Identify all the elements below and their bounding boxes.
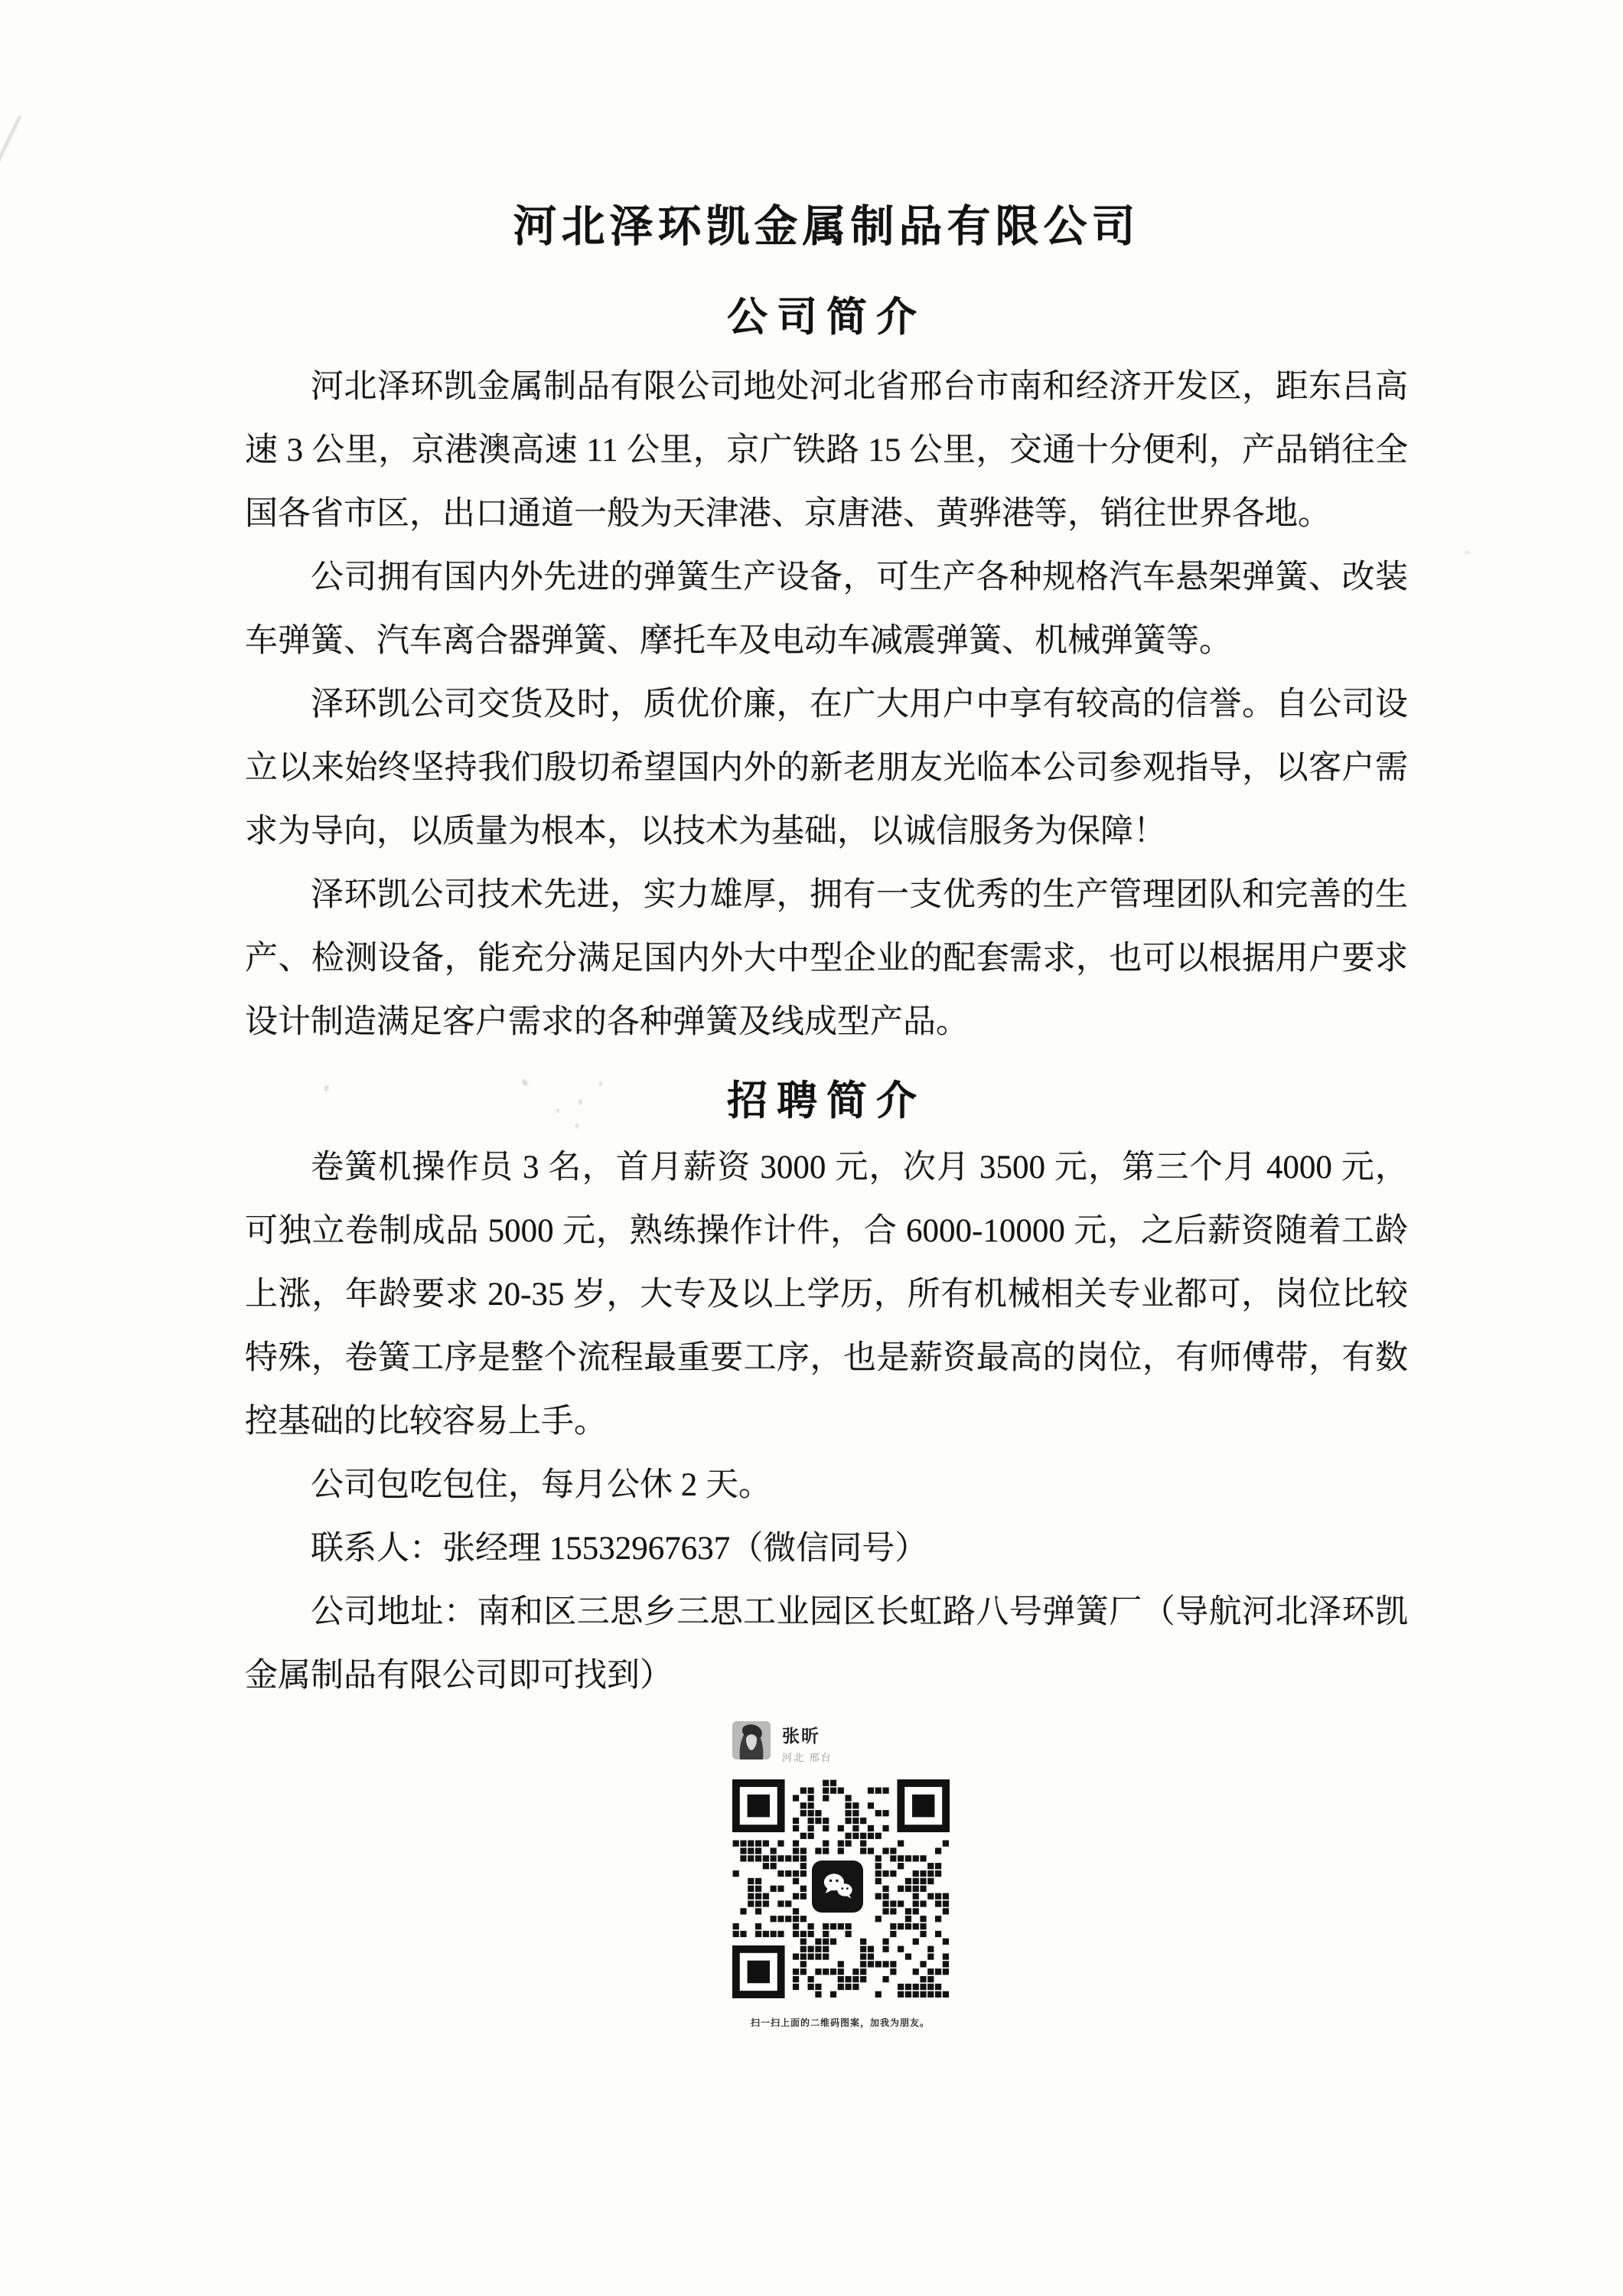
wechat-contact-name: 张昕	[782, 1722, 820, 1747]
intro-p4-line1: 泽环凯公司技术先进，实力雄厚，拥有一支优秀的生产管理团队和完善的生	[245, 863, 1408, 927]
intro-p1-line2: 速 3 公里，京港澳高速 11 公里，京广铁路 15 公里，交通十分便利，产品销…	[245, 419, 1408, 482]
recruit-p1-line1: 卷簧机操作员 3 名，首月薪资 3000 元，次月 3500 元，第三个月 40…	[245, 1136, 1408, 1199]
recruit-heading: 招聘简介	[245, 1068, 1408, 1127]
recruit-p1-line5: 控基础的比较容易上手。	[245, 1390, 1408, 1453]
wechat-logo-icon	[812, 1861, 863, 1913]
intro-heading: 公司简介	[245, 285, 1408, 343]
scanned-document-page: 河北泽环凯金属制品有限公司 公司简介 河北泽环凯金属制品有限公司地处河北省邢台市…	[0, 0, 1623, 2296]
recruit-p1-line4: 特殊，卷簧工序是整个流程最重要工序，也是薪资最高的岗位，有师傅带，有数	[245, 1326, 1408, 1390]
address-line1: 公司地址：南和区三思乡三思工业园区长虹路八号弹簧厂（导航河北泽环凯	[245, 1580, 1408, 1644]
wechat-contact-region: 河北 邢台	[782, 1750, 833, 1764]
recruit-p1-line3: 上涨，年龄要求 20-35 岁，大专及以上学历，所有机械相关专业都可，岗位比较	[245, 1263, 1408, 1326]
qr-caption: 扫一扫上面的二维码图案，加我为朋友。	[706, 2016, 975, 2029]
intro-p4-line3: 设计制造满足客户需求的各种弹簧及线成型产品。	[245, 990, 1408, 1054]
intro-p3-line2: 立以来始终坚持我们殷切希望国内外的新老朋友光临本公司参观指导，以客户需	[245, 736, 1408, 800]
intro-p2-line1: 公司拥有国内外先进的弹簧生产设备，可生产各种规格汽车悬架弹簧、改装	[245, 546, 1408, 609]
company-title: 河北泽环凯金属制品有限公司	[245, 191, 1408, 254]
recruit-body: 卷簧机操作员 3 名，首月薪资 3000 元，次月 3500 元，第三个月 40…	[245, 1136, 1408, 1707]
intro-p4-line2: 产、检测设备，能充分满足国内外大中型企业的配套需求，也可以根据用户要求	[245, 927, 1408, 990]
intro-p3-line1: 泽环凯公司交货及时，质优价廉，在广大用户中享有较高的信誉。自公司设	[245, 673, 1408, 736]
scan-artifact	[0, 115, 21, 161]
wechat-avatar-image	[732, 1721, 771, 1760]
intro-p1-line1: 河北泽环凯金属制品有限公司地处河北省邢台市南和经济开发区，距东吕高	[245, 355, 1408, 419]
recruit-p1-line2: 可独立卷制成品 5000 元，熟练操作计件，合 6000-10000 元，之后薪…	[245, 1199, 1408, 1263]
intro-p1-line3: 国各省市区，出口通道一般为天津港、京唐港、黄骅港等，销往世界各地。	[245, 482, 1408, 546]
contact-line: 联系人：张经理 15532967637（微信同号）	[245, 1517, 1408, 1580]
intro-p3-line3: 求为导向，以质量为根本，以技术为基础，以诚信服务为保障！	[245, 800, 1408, 863]
scan-artifact	[1464, 551, 1470, 554]
intro-body: 河北泽环凯金属制品有限公司地处河北省邢台市南和经济开发区，距东吕高 速 3 公里…	[245, 355, 1408, 1054]
benefits-line: 公司包吃包住，每月公休 2 天。	[245, 1453, 1408, 1517]
address-line2: 金属制品有限公司即可找到）	[245, 1644, 1408, 1707]
intro-p2-line2: 车弹簧、汽车离合器弹簧、摩托车及电动车减震弹簧、机械弹簧等。	[245, 609, 1408, 673]
portrait-icon	[732, 1721, 771, 1760]
